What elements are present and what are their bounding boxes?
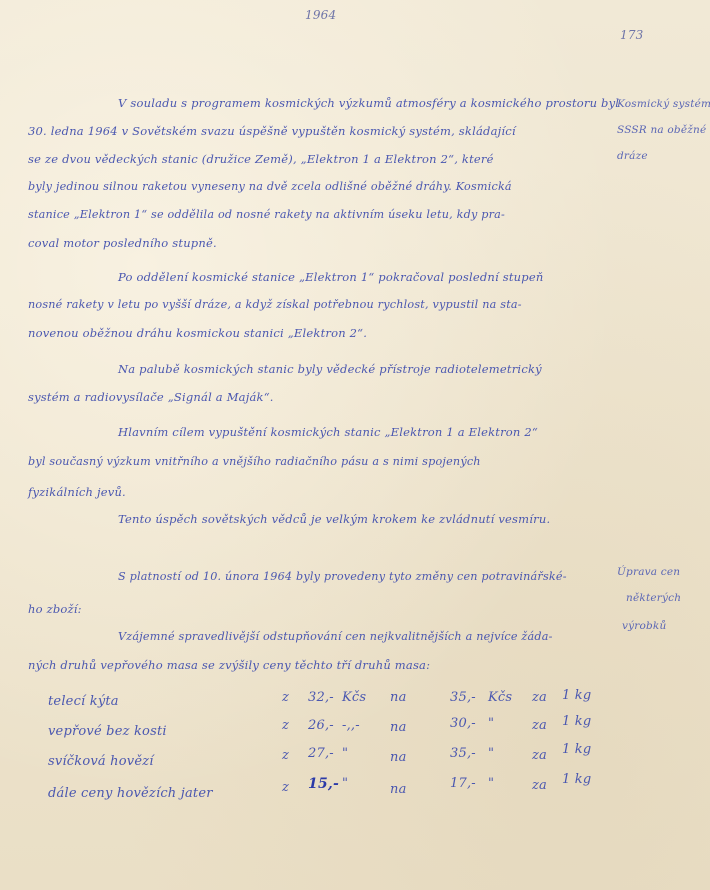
text-line: Vzájemné spravedlivější odstupňování cen… [118,630,553,643]
price-to-label: na [390,690,407,705]
price-unit: Kčs [488,690,512,705]
price-unit: " [488,716,494,731]
text-line: ných druhů vepřového masa se zvýšily cen… [28,658,430,672]
price-per-label: za [532,778,547,793]
text-line: 30. ledna 1964 v Sovětském svazu úspěšně… [28,124,516,138]
text-line: byl současný výzkum vnitřního a vnějšího… [28,455,481,468]
price-per-label: za [532,748,547,763]
price-from-label: z [282,690,289,705]
price-item: telecí kýta [48,694,119,709]
price-from-label: z [282,748,289,763]
price-item: vepřové bez kosti [48,724,167,739]
price-per-unit: 1 kg [562,714,591,729]
price-from: 27,- [308,746,334,761]
price-from: 15,- [308,776,339,792]
price-unit: -,,- [342,718,360,733]
price-per-label: za [532,718,547,733]
price-from-label: z [282,780,289,795]
price-per-unit: 1 kg [562,742,591,757]
text-line: stanice „Elektron 1“ se oddělila od nosn… [28,208,505,221]
margin-note-1-line-3: dráze [617,150,648,162]
text-line: V souladu s programem kosmických výzkumů… [118,96,619,110]
margin-note-2-line-1: Úprava cen [617,566,680,578]
price-from: 32,- [308,690,334,705]
price-to: 35,- [450,746,476,761]
price-per-label: za [532,690,547,705]
price-from: 26,- [308,718,334,733]
text-line: Po oddělení kosmické stanice „Elektron 1… [118,270,543,284]
text-line: se ze dvou vědeckých stanic (družice Zem… [28,152,494,166]
text-line: Na palubě kosmických stanic byly vědecké… [118,362,542,376]
price-unit: " [342,746,348,761]
price-per-unit: 1 kg [562,772,591,787]
price-to: 35,- [450,690,476,705]
margin-note-2-line-2: některých [626,592,681,604]
text-line: systém a radiovysílače „Signál a Maják“. [28,390,274,404]
price-to-label: na [390,782,407,797]
margin-note-1-line-2: SSSR na oběžné [617,124,706,136]
price-to-label: na [390,750,407,765]
price-unit: " [342,776,348,791]
text-line: nosné rakety v letu po vyšší dráze, a kd… [28,298,522,311]
text-line: ho zboží: [28,602,82,616]
text-line: novenou oběžnou dráhu kosmickou stanici … [28,326,367,340]
price-item: dále ceny hovězích jater [48,786,213,801]
price-per-unit: 1 kg [562,688,591,703]
price-to: 30,- [450,716,476,731]
price-unit: " [488,746,494,761]
text-line: byly jedinou silnou raketou vyneseny na … [28,180,512,193]
chronicle-page: 1964 173 Kosmický systém SSSR na oběžné … [0,0,710,890]
price-unit: Kčs [342,690,366,705]
text-line: Tento úspěch sovětských vědců je velkým … [118,512,550,526]
year-heading: 1964 [305,8,336,22]
price-item: svíčková hovězí [48,754,154,769]
price-to-label: na [390,720,407,735]
margin-note-2-line-3: výrobků [622,620,666,632]
text-line: coval motor posledního stupně. [28,236,217,250]
price-to: 17,- [450,776,476,791]
price-unit: " [488,776,494,791]
text-line: Hlavním cílem vypuštění kosmických stani… [118,425,538,439]
text-line: fyzikálních jevů. [28,485,126,499]
page-number: 173 [620,28,644,42]
text-line: S platností od 10. února 1964 byly prove… [118,570,567,583]
margin-note-1-line-1: Kosmický systém [617,98,710,110]
price-from-label: z [282,718,289,733]
